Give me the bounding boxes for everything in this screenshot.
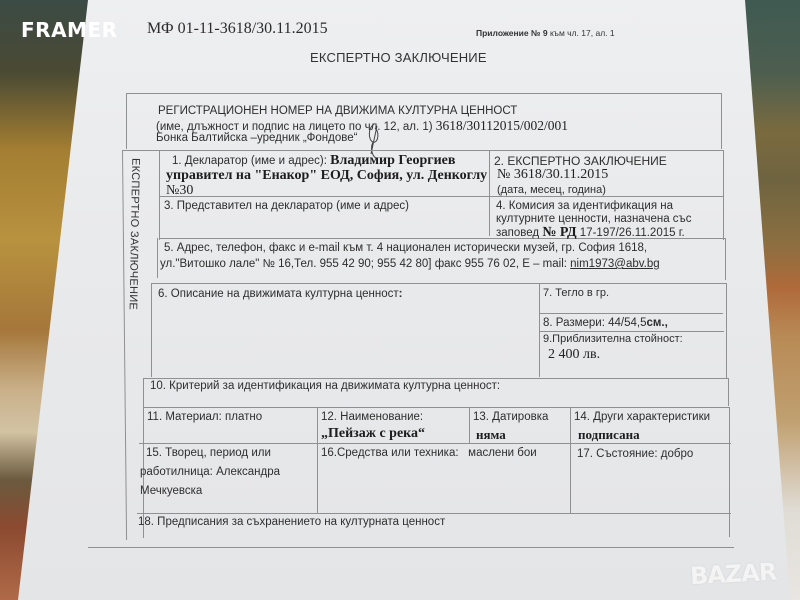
field-4-line2: културните ценности, назначена със (496, 213, 691, 225)
field-5-line1: 5. Адрес, телефон, факс и e-mail към т. … (164, 242, 647, 254)
order-number: 17-197/26.11.2015 г. (580, 227, 685, 239)
artwork-title: „Пейзаж с река“ (321, 426, 425, 442)
field-15-line1: 15. Творец, период или (146, 447, 271, 459)
field-6-label: 6. Описание на движимата културна ценнос… (158, 288, 403, 300)
annex-article: към чл. 17, ал. 1 (550, 28, 615, 38)
field-7-label: 7. Тегло в гр. (543, 287, 609, 299)
registration-heading: РЕГИСТРАЦИОНЕН НОМЕР НА ДВИЖИМА КУЛТУРНА… (158, 105, 517, 117)
dimensions: 8. Размери: 44/54,5 (543, 317, 647, 329)
expert-opinion-number: № 3618/30.11.2015 (497, 167, 608, 183)
bazar-watermark: BAZAR (689, 558, 777, 590)
declarant-name: Владимир Георгиев (330, 153, 455, 168)
rule (570, 407, 571, 513)
field-10-label: 10. Критерий за идентификация на движима… (150, 380, 500, 392)
rule (539, 313, 723, 314)
field-16-label: 16.Средства или техника: маслени бои (321, 447, 537, 459)
rule (88, 547, 734, 548)
field-18-label: 18. Предписания за съхранението на култу… (138, 516, 445, 528)
field-6-colon: : (399, 288, 403, 300)
rule (126, 93, 127, 149)
rule (723, 150, 724, 240)
annex-number: Приложение № 9 (476, 28, 548, 38)
approximate-value: 2 400 лв. (548, 347, 600, 363)
field-16-label-text: 16.Средства или техника: (321, 447, 459, 459)
technique-value: маслени бои (468, 447, 537, 459)
field-5-line2: ул."Витошко лале" № 16,Тел. 955 42 90; 9… (160, 258, 660, 270)
field-4-line3: заповед № РД 17-197/26.11.2015 г. (496, 225, 685, 241)
field-1-label-text: 1. Декларатор (име и адрес): (172, 155, 327, 167)
field-15-line2: работилница: Александра (140, 466, 280, 478)
field-8-label: 8. Размери: 44/54,5см., (543, 317, 668, 329)
rule (728, 378, 729, 406)
registration-person: Бонка Балтийска –уредник „Фондове“ (156, 132, 357, 144)
rule (469, 407, 470, 444)
email-link[interactable]: nim1973@abv.bg (570, 258, 659, 270)
rule (143, 407, 729, 408)
rule (721, 93, 722, 149)
rule (152, 283, 727, 284)
framer-watermark: FRAMER (21, 18, 118, 42)
artist-name: Мечкуевска (140, 485, 202, 497)
rule (729, 407, 730, 537)
rule (159, 196, 723, 197)
rule (540, 331, 724, 332)
field-1-label: 1. Декларатор (име и адрес): Владимир Ге… (172, 153, 455, 169)
rule (139, 443, 731, 444)
field-4-prefix: заповед (496, 227, 539, 239)
rule (126, 93, 722, 94)
registration-number: 3618/30112015/002/001 (436, 118, 568, 133)
field-11-label: 11. Материал: платно (147, 411, 262, 423)
document-reference: МФ 01-11-3618/30.11.2015 (147, 20, 328, 38)
rule (489, 150, 490, 236)
field-4-line1: 4. Комисия за идентификация на (496, 200, 673, 212)
field-17-label: 17. Състояние: добро (577, 448, 693, 460)
field-14-label: 14. Други характеристики (574, 411, 710, 423)
field-3-label: 3. Представител на декларатор (име и адр… (164, 200, 409, 212)
rule (143, 378, 144, 538)
field-12-label: 12. Наименование: (321, 411, 423, 423)
field-9-label: 9.Приблизителна стойност: (543, 333, 683, 345)
dimensions-unit: см., (647, 317, 668, 329)
field-2-hint: (дата, месец, година) (497, 184, 606, 196)
other-characteristics: подписана (578, 427, 640, 443)
rule (137, 513, 731, 514)
annex-note: Приложение № 9 към чл. 17, ал. 1 (476, 28, 615, 38)
rule (317, 407, 318, 513)
dating-value: няма (476, 427, 506, 443)
rule (144, 378, 728, 379)
rule (159, 150, 160, 240)
field-13-label: 13. Датировка (473, 411, 548, 423)
field-5-contact: ул."Витошко лале" № 16,Тел. 955 42 90; 9… (160, 258, 567, 270)
declarant-address-number: №30 (166, 183, 193, 199)
field-6-label-text: 6. Описание на движимата културна ценнос… (158, 288, 399, 300)
declarant-address: управител на "Енакор" ЕОД, София, ул. Де… (166, 168, 487, 184)
field-2-label: 2. ЕКСПЕРТНО ЗАКЛЮЧЕНИЕ (494, 154, 667, 168)
rule (539, 283, 540, 377)
order-number-bold: № РД (542, 225, 576, 240)
rule (725, 238, 726, 280)
rule (122, 150, 724, 151)
rule (157, 238, 158, 278)
rule (726, 283, 727, 379)
document-title: ЕКСПЕРТНО ЗАКЛЮЧЕНИЕ (310, 50, 487, 65)
rule (151, 283, 152, 377)
document-sheet (0, 0, 800, 600)
